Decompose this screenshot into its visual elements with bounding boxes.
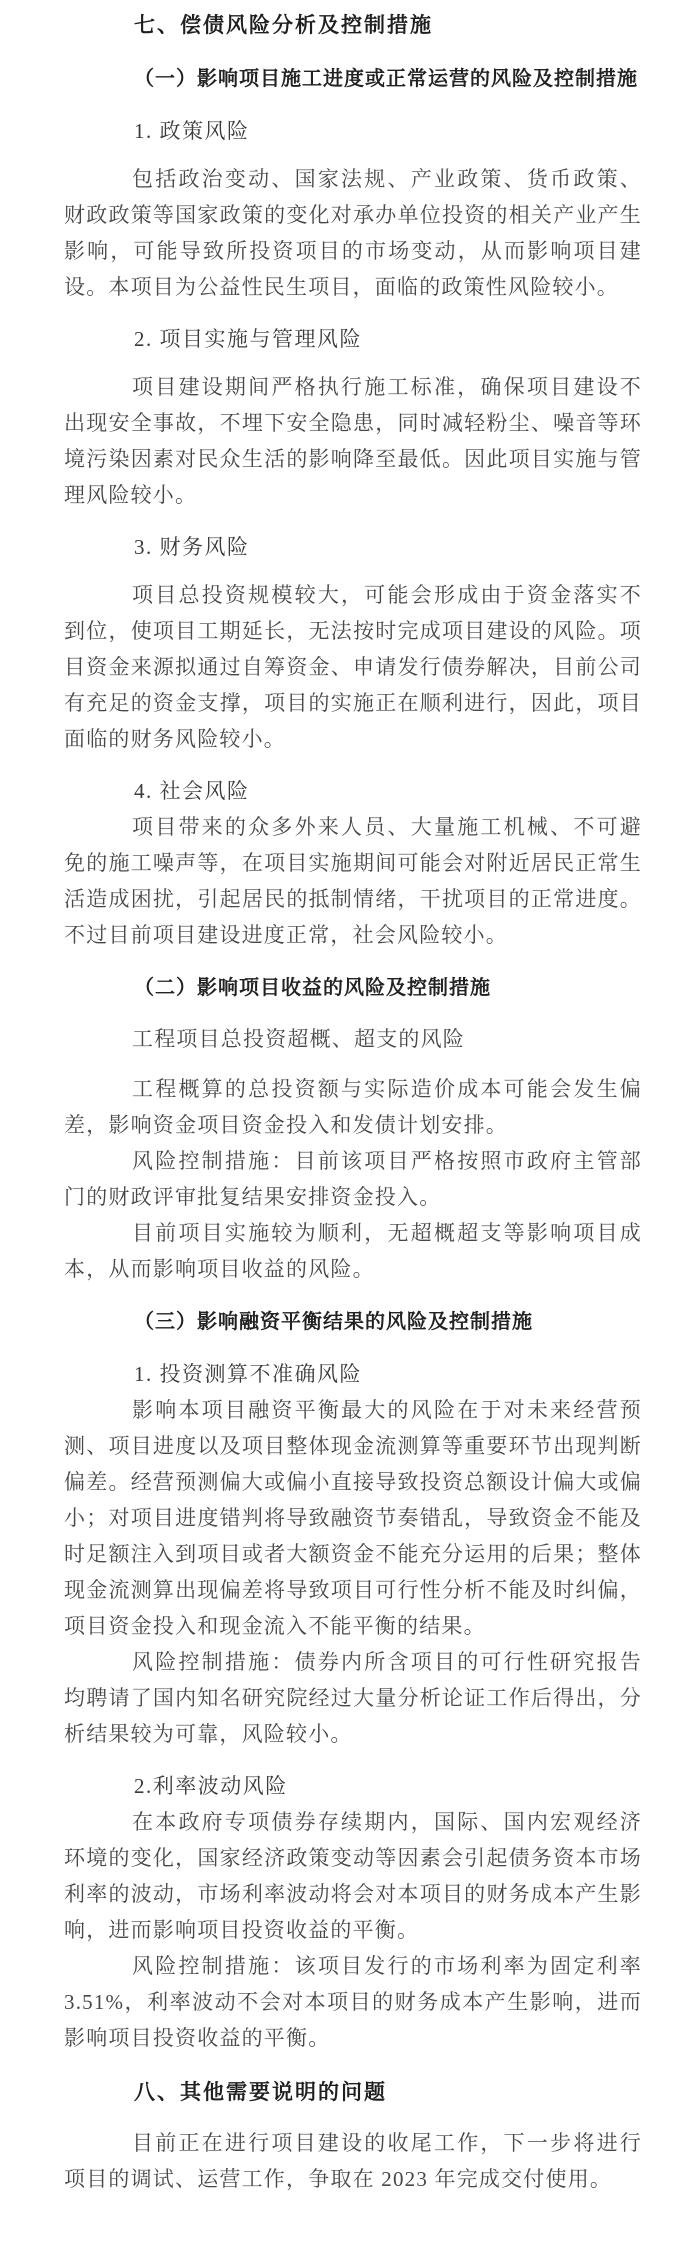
heading-item-1-estimation-risk: 1. 投资测算不准确风险	[134, 1356, 642, 1392]
paragraph-overrun-control-measure: 风险控制措施：目前该项目严格按照市政府主管部门的财政评审批复结果安排资金投入。	[64, 1143, 642, 1215]
paragraph-policy-risk: 包括政治变动、国家法规、产业政策、货币政策、财政政策等国家政策的变化对承办单位投…	[64, 161, 642, 305]
heading-item-1-policy-risk: 1. 政策风险	[134, 113, 642, 149]
heading-item-2-implementation-risk: 2. 项目实施与管理风险	[134, 321, 642, 357]
paragraph-estimation-control-measure: 风险控制措施：债券内所含项目的可行性研究报告均聘请了国内知名研究院经过大量分析论…	[64, 1644, 642, 1752]
document-page: 七、偿债风险分析及控制措施 （一）影响项目施工进度或正常运营的风险及控制措施 1…	[0, 0, 700, 2245]
paragraph-other-notes: 目前正在进行项目建设的收尾工作，下一步将进行项目的调试、运营工作，争取在 202…	[64, 2125, 642, 2197]
heading-section-8-other-notes: 八、其他需要说明的问题	[134, 2075, 642, 2111]
paragraph-estimation-risk: 影响本项目融资平衡最大的风险在于对未来经营预测、项目进度以及项目整体现金流测算等…	[64, 1392, 642, 1644]
paragraph-interest-rate-control: 风险控制措施：该项目发行的市场利率为固定利率3.51%，利率波动不会对本项目的财…	[64, 1948, 642, 2056]
paragraph-financial-risk: 项目总投资规模较大，可能会形成由于资金落实不到位，使项目工期延长，无法按时完成项…	[64, 577, 642, 757]
heading-item-3-financial-risk: 3. 财务风险	[134, 529, 642, 565]
paragraph-implementation-risk: 项目建设期间严格执行施工标准，确保项目建设不出现安全事故，不埋下安全隐患，同时减…	[64, 369, 642, 513]
paragraph-overrun-current-status: 目前项目实施较为顺利，无超概超支等影响项目成本，从而影响项目收益的风险。	[64, 1215, 642, 1287]
heading-sub-3-financing-balance-risk: （三）影响融资平衡结果的风险及控制措施	[134, 1304, 642, 1340]
paragraph-interest-rate-risk: 在本政府专项债券存续期内，国际、国内宏观经济环境的变化，国家经济政策变动等因素会…	[64, 1804, 642, 1948]
heading-item-2-interest-rate-risk: 2.利率波动风险	[134, 1768, 642, 1804]
heading-sub-1-construction-risk: （一）影响项目施工进度或正常运营的风险及控制措施	[134, 61, 642, 97]
paragraph-social-risk: 项目带来的众多外来人员、大量施工机械、不可避免的施工噪声等，在项目实施期间可能会…	[64, 809, 642, 953]
heading-section-7-debt-risk: 七、偿债风险分析及控制措施	[134, 8, 642, 44]
heading-item-4-social-risk: 4. 社会风险	[134, 773, 642, 809]
heading-sub-2-revenue-risk: （二）影响项目收益的风险及控制措施	[134, 970, 642, 1006]
paragraph-overrun-deviation: 工程概算的总投资额与实际造价成本可能会发生偏差，影响资金项目资金投入和发债计划安…	[64, 1071, 642, 1143]
line-investment-overrun-risk: 工程项目总投资超概、超支的风险	[64, 1021, 642, 1057]
